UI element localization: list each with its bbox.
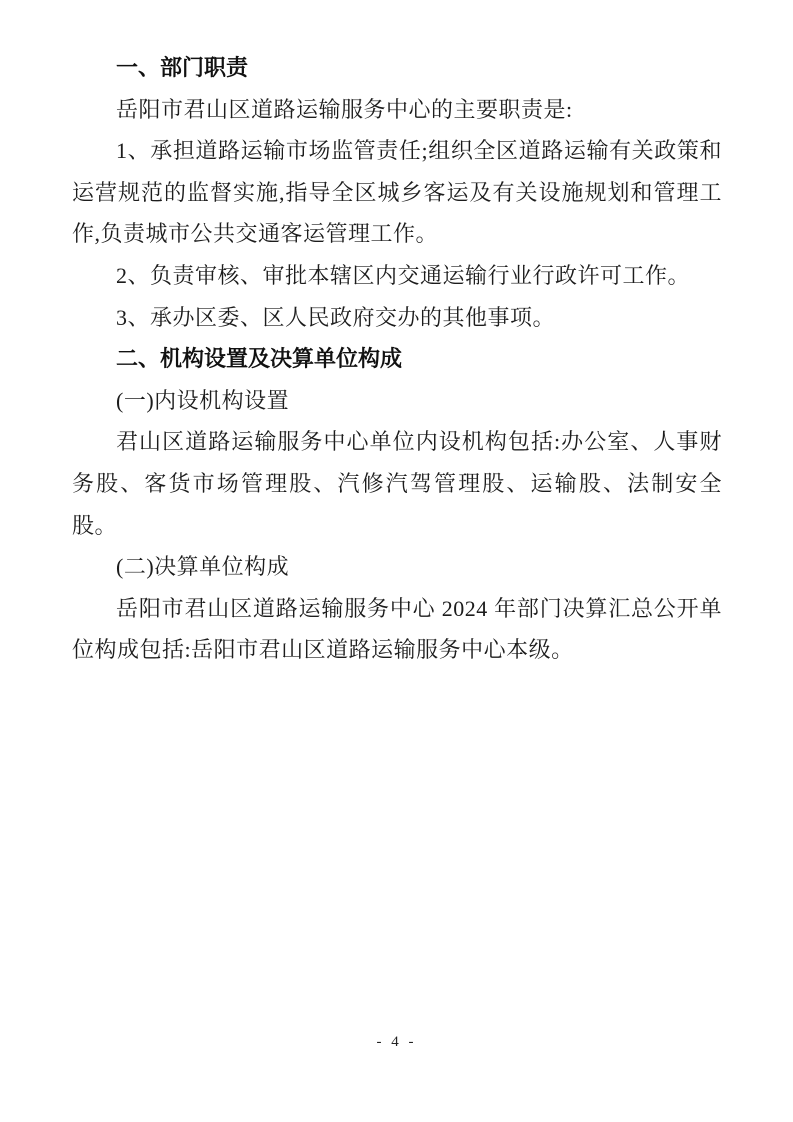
subheading-final-accounts-units: (二)决算单位构成 (72, 546, 722, 588)
subheading-internal-org-setup: (一)内设机构设置 (72, 380, 722, 422)
document-page: 一、部门职责 岳阳市君山区道路运输服务中心的主要职责是: 1、承担道路运输市场监… (0, 0, 793, 1122)
paragraph-internal-org-setup: 君山区道路运输服务中心单位内设机构包括:办公室、人事财务股、客货市场管理股、汽修… (72, 421, 722, 546)
paragraph-duties-intro: 岳阳市君山区道路运输服务中心的主要职责是: (72, 89, 722, 131)
page-number: - 4 - (0, 1032, 793, 1052)
paragraph-duty-2: 2、负责审核、审批本辖区内交通运输行业行政许可工作。 (72, 255, 722, 297)
paragraph-duty-1: 1、承担道路运输市场监管责任;组织全区道路运输有关政策和运营规范的监督实施,指导… (72, 130, 722, 255)
paragraph-duty-3: 3、承办区委、区人民政府交办的其他事项。 (72, 297, 722, 339)
paragraph-final-accounts-units: 岳阳市君山区道路运输服务中心 2024 年部门决算汇总公开单位构成包括:岳阳市君… (72, 588, 722, 671)
section-heading-department-duties: 一、部门职责 (72, 47, 722, 89)
document-body: 一、部门职责 岳阳市君山区道路运输服务中心的主要职责是: 1、承担道路运输市场监… (72, 47, 722, 671)
section-heading-org-structure: 二、机构设置及决算单位构成 (72, 338, 722, 380)
